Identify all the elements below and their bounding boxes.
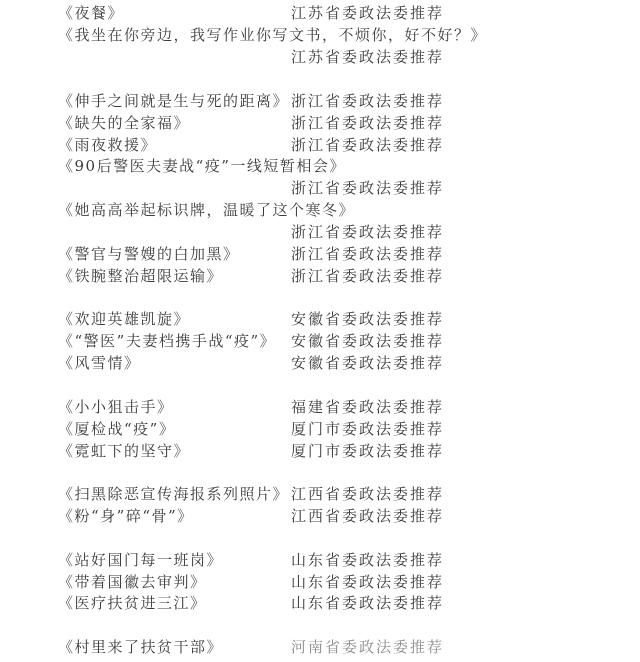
line-21-title: 《带着国徽去审判》 xyxy=(58,571,207,593)
line-10-title: 《警官与警嫂的白加黑》 xyxy=(58,243,240,265)
line-13-title: 《“警医”夫妻档携手战“疫”》 xyxy=(58,330,276,352)
line-0-org: 江苏省委政法委推荐 xyxy=(291,2,444,24)
line-20-title: 《站好国门每一班岗》 xyxy=(58,549,223,571)
line-7-org: 浙江省委政法委推荐 xyxy=(291,177,444,199)
line-8-title: 《她高高举起标识牌，温暖了这个寒冬》 xyxy=(58,199,355,221)
line-23-title: 《村里来了扶贫干部》 xyxy=(58,636,223,658)
line-14-org: 安徽省委政法委推荐 xyxy=(291,352,444,374)
line-10-org: 浙江省委政法委推荐 xyxy=(291,243,444,265)
line-11-org: 浙江省委政法委推荐 xyxy=(291,265,444,287)
line-19-title: 《粉“身”碎“骨”》 xyxy=(58,505,194,527)
line-17-title: 《霓虹下的坚守》 xyxy=(58,440,190,462)
line-20-org: 山东省委政法委推荐 xyxy=(291,549,444,571)
line-12-title: 《欢迎英雄凯旋》 xyxy=(58,308,190,330)
line-4-org: 浙江省委政法委推荐 xyxy=(291,112,444,134)
line-15-title: 《小小狙击手》 xyxy=(58,396,174,418)
line-13-org: 安徽省委政法委推荐 xyxy=(291,330,444,352)
line-21-org: 山东省委政法委推荐 xyxy=(291,571,444,593)
line-6-title: 《90后警医夫妻战“疫”一线短暂相会》 xyxy=(58,155,346,177)
line-5-org: 浙江省委政法委推荐 xyxy=(291,134,444,156)
line-2-org: 江苏省委政法委推荐 xyxy=(291,46,444,68)
line-23-org: 河南省委政法委推荐 xyxy=(291,636,444,658)
line-15-org: 福建省委政法委推荐 xyxy=(291,396,444,418)
line-5-title: 《雨夜救援》 xyxy=(58,134,157,156)
line-3-org: 浙江省委政法委推荐 xyxy=(291,90,444,112)
line-14-title: 《风雪情》 xyxy=(58,352,141,374)
line-22-title: 《医疗扶贫进三江》 xyxy=(58,592,207,614)
line-1-title: 《我坐在你旁边，我写作业你写文书，不烦你，好不好？》 xyxy=(58,24,487,46)
line-9-org: 浙江省委政法委推荐 xyxy=(291,221,444,243)
line-4-title: 《缺失的全家福》 xyxy=(58,112,190,134)
line-11-title: 《铁腕整治超限运输》 xyxy=(58,265,223,287)
line-3-title: 《伸手之间就是生与死的距离》 xyxy=(58,90,289,112)
line-22-org: 山东省委政法委推荐 xyxy=(291,592,444,614)
line-18-title: 《扫黑除恶宣传海报系列照片》 xyxy=(58,483,289,505)
line-16-org: 厦门市委政法委推荐 xyxy=(291,418,444,440)
line-19-org: 江西省委政法委推荐 xyxy=(291,505,444,527)
recommendation-list-document: 《夜餐》 江苏省委政法委推荐 《我坐在你旁边，我写作业你写文书，不烦你，好不好？… xyxy=(0,0,640,662)
line-17-org: 厦门市委政法委推荐 xyxy=(291,440,444,462)
line-12-org: 安徽省委政法委推荐 xyxy=(291,308,444,330)
line-0-title: 《夜餐》 xyxy=(58,2,124,24)
line-18-org: 江西省委政法委推荐 xyxy=(291,483,444,505)
line-16-title: 《厦检战“疫”》 xyxy=(58,418,175,440)
